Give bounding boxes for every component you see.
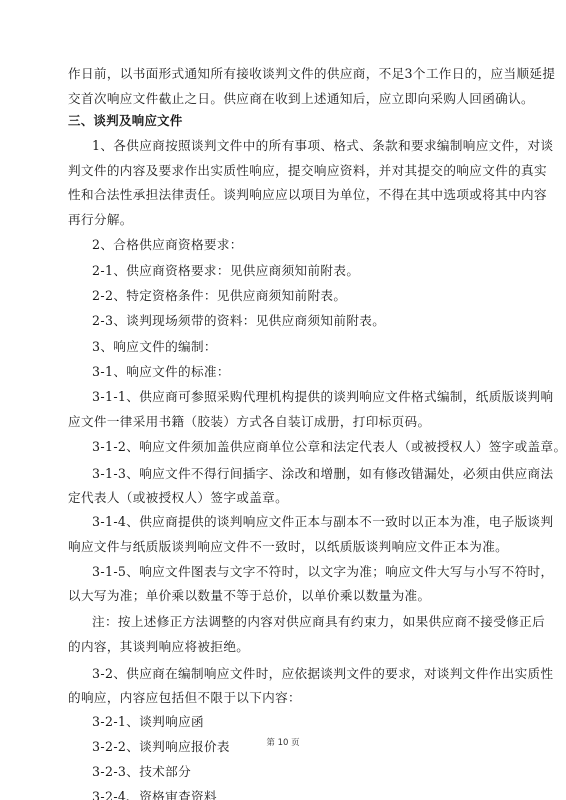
page-number: 第 10 页 — [0, 736, 566, 748]
paragraph-line: 3-2-3、技术部分 — [92, 764, 522, 780]
paragraph-line: 3-1-3、响应文件不得行间插字、涂改和增删，如有修改错漏处，必须由供应商法 — [92, 466, 522, 482]
paragraph-line: 3-1、响应文件的标准： — [92, 364, 522, 380]
paragraph-line: 2-3、谈判现场须带的资料：见供应商须知前附表。 — [92, 313, 522, 329]
paragraph-line: 2-2、特定资格条件：见供应商须知前附表。 — [92, 288, 522, 304]
paragraph-line: 2-1、供应商资格要求：见供应商须知前附表。 — [92, 263, 522, 279]
document-page: 作日前，以书面形式通知所有接收谈判文件的供应商，不足3个工作日的，应当顺延提 交… — [0, 0, 566, 800]
paragraph-line: 以大写为准；单价乘以数量不等于总价，以单价乘以数量为准。 — [68, 588, 498, 604]
paragraph-line: 注：按上述修正方法调整的内容对供应商具有约束力，如果供应商不接受修正后 — [92, 614, 522, 630]
paragraph-line: 2、合格供应商资格要求： — [92, 237, 522, 253]
paragraph-line: 3、响应文件的编制： — [92, 339, 522, 355]
paragraph-line: 1、各供应商按照谈判文件中的所有事项、格式、条款和要求编制响应文件，对谈 — [92, 138, 522, 154]
paragraph-line: 的响应，内容应包括但不限于以下内容： — [68, 690, 498, 706]
paragraph-line: 响应文件与纸质版谈判响应文件不一致时，以纸质版谈判响应文件正本为准。 — [68, 539, 498, 555]
paragraph-line: 应文件一律采用书籍（胶装）方式各自装订成册，打印标页码。 — [68, 414, 498, 430]
paragraph-line: 3-1-5、响应文件图表与文字不符时，以文字为准；响应文件大写与小写不符时， — [92, 564, 522, 580]
paragraph-line: 交首次响应文件截止之日。供应商在收到上述通知后，应立即向采购人回函确认。 — [68, 91, 498, 107]
paragraph-line: 再行分解。 — [68, 212, 498, 228]
paragraph-line: 3-2-4、资格审查资料 — [92, 789, 522, 800]
paragraph-line: 性和合法性承担法律责任。谈判响应应以项目为单位，不得在其中选项或将其中内容 — [68, 187, 498, 203]
paragraph-line: 3-2、供应商在编制响应文件时，应依据谈判文件的要求，对谈判文件作出实质性 — [92, 666, 522, 682]
paragraph-line: 3-1-2、响应文件须加盖供应商单位公章和法定代表人（或被授权人）签字或盖章。 — [92, 439, 522, 455]
paragraph-line: 的内容，其谈判响应将被拒绝。 — [68, 639, 498, 655]
section-heading: 三、谈判及响应文件 — [68, 113, 498, 129]
paragraph-line: 判文件的内容及要求作出实质性响应，提交响应资料，并对其提交的响应文件的真实 — [68, 163, 498, 179]
paragraph-line: 3-1-4、供应商提供的谈判响应文件正本与副本不一致时以正本为准，电子版谈判 — [92, 514, 522, 530]
paragraph-line: 3-1-1、供应商可参照采购代理机构提供的谈判响应文件格式编制，纸质版谈判响 — [92, 389, 522, 405]
paragraph-line: 定代表人（或被授权人）签字或盖章。 — [68, 490, 498, 506]
paragraph-line: 3-2-1、谈判响应函 — [92, 714, 522, 730]
paragraph-line: 作日前，以书面形式通知所有接收谈判文件的供应商，不足3个工作日的，应当顺延提 — [68, 66, 498, 82]
